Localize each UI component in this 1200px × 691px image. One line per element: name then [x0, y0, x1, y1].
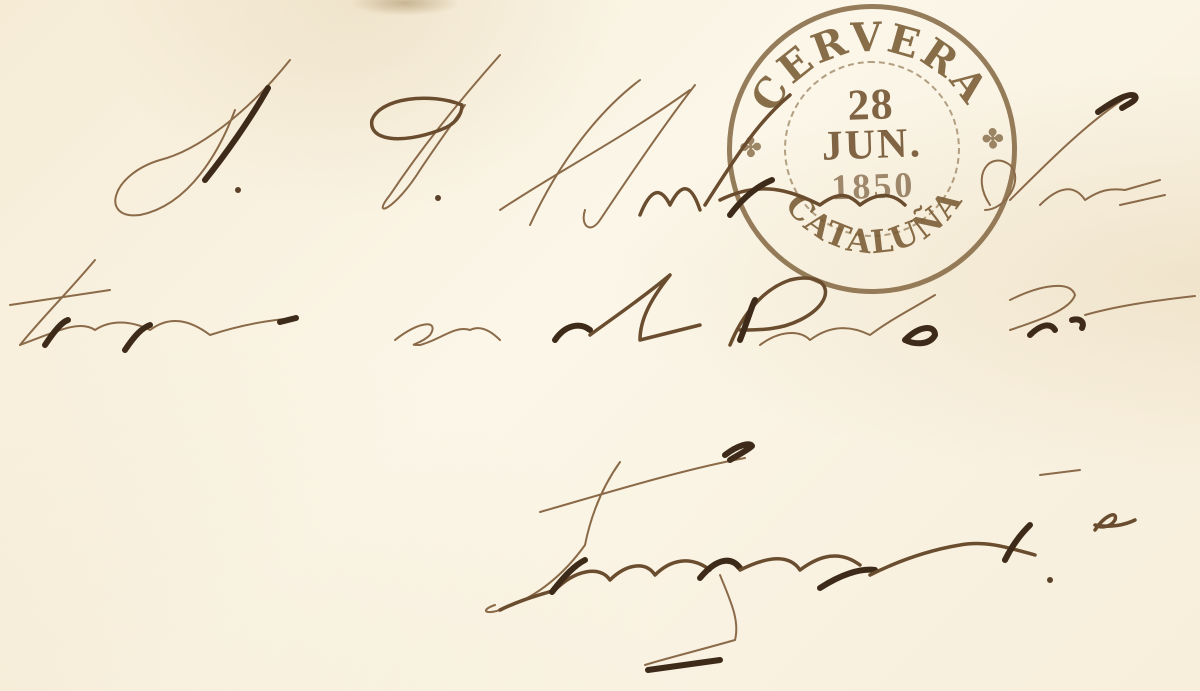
handwritten-address [0, 0, 1200, 691]
address-line-1-strokes [115, 55, 1165, 227]
envelope: CERVERA CATALUÑA ✤ ✤ 28 JUN. 1850 [0, 0, 1200, 691]
address-line-3-strokes [486, 444, 1135, 670]
period-dot [435, 195, 441, 201]
address-line-2-strokes [10, 260, 1195, 350]
period-dot [1047, 577, 1053, 583]
period-dot [235, 187, 241, 193]
